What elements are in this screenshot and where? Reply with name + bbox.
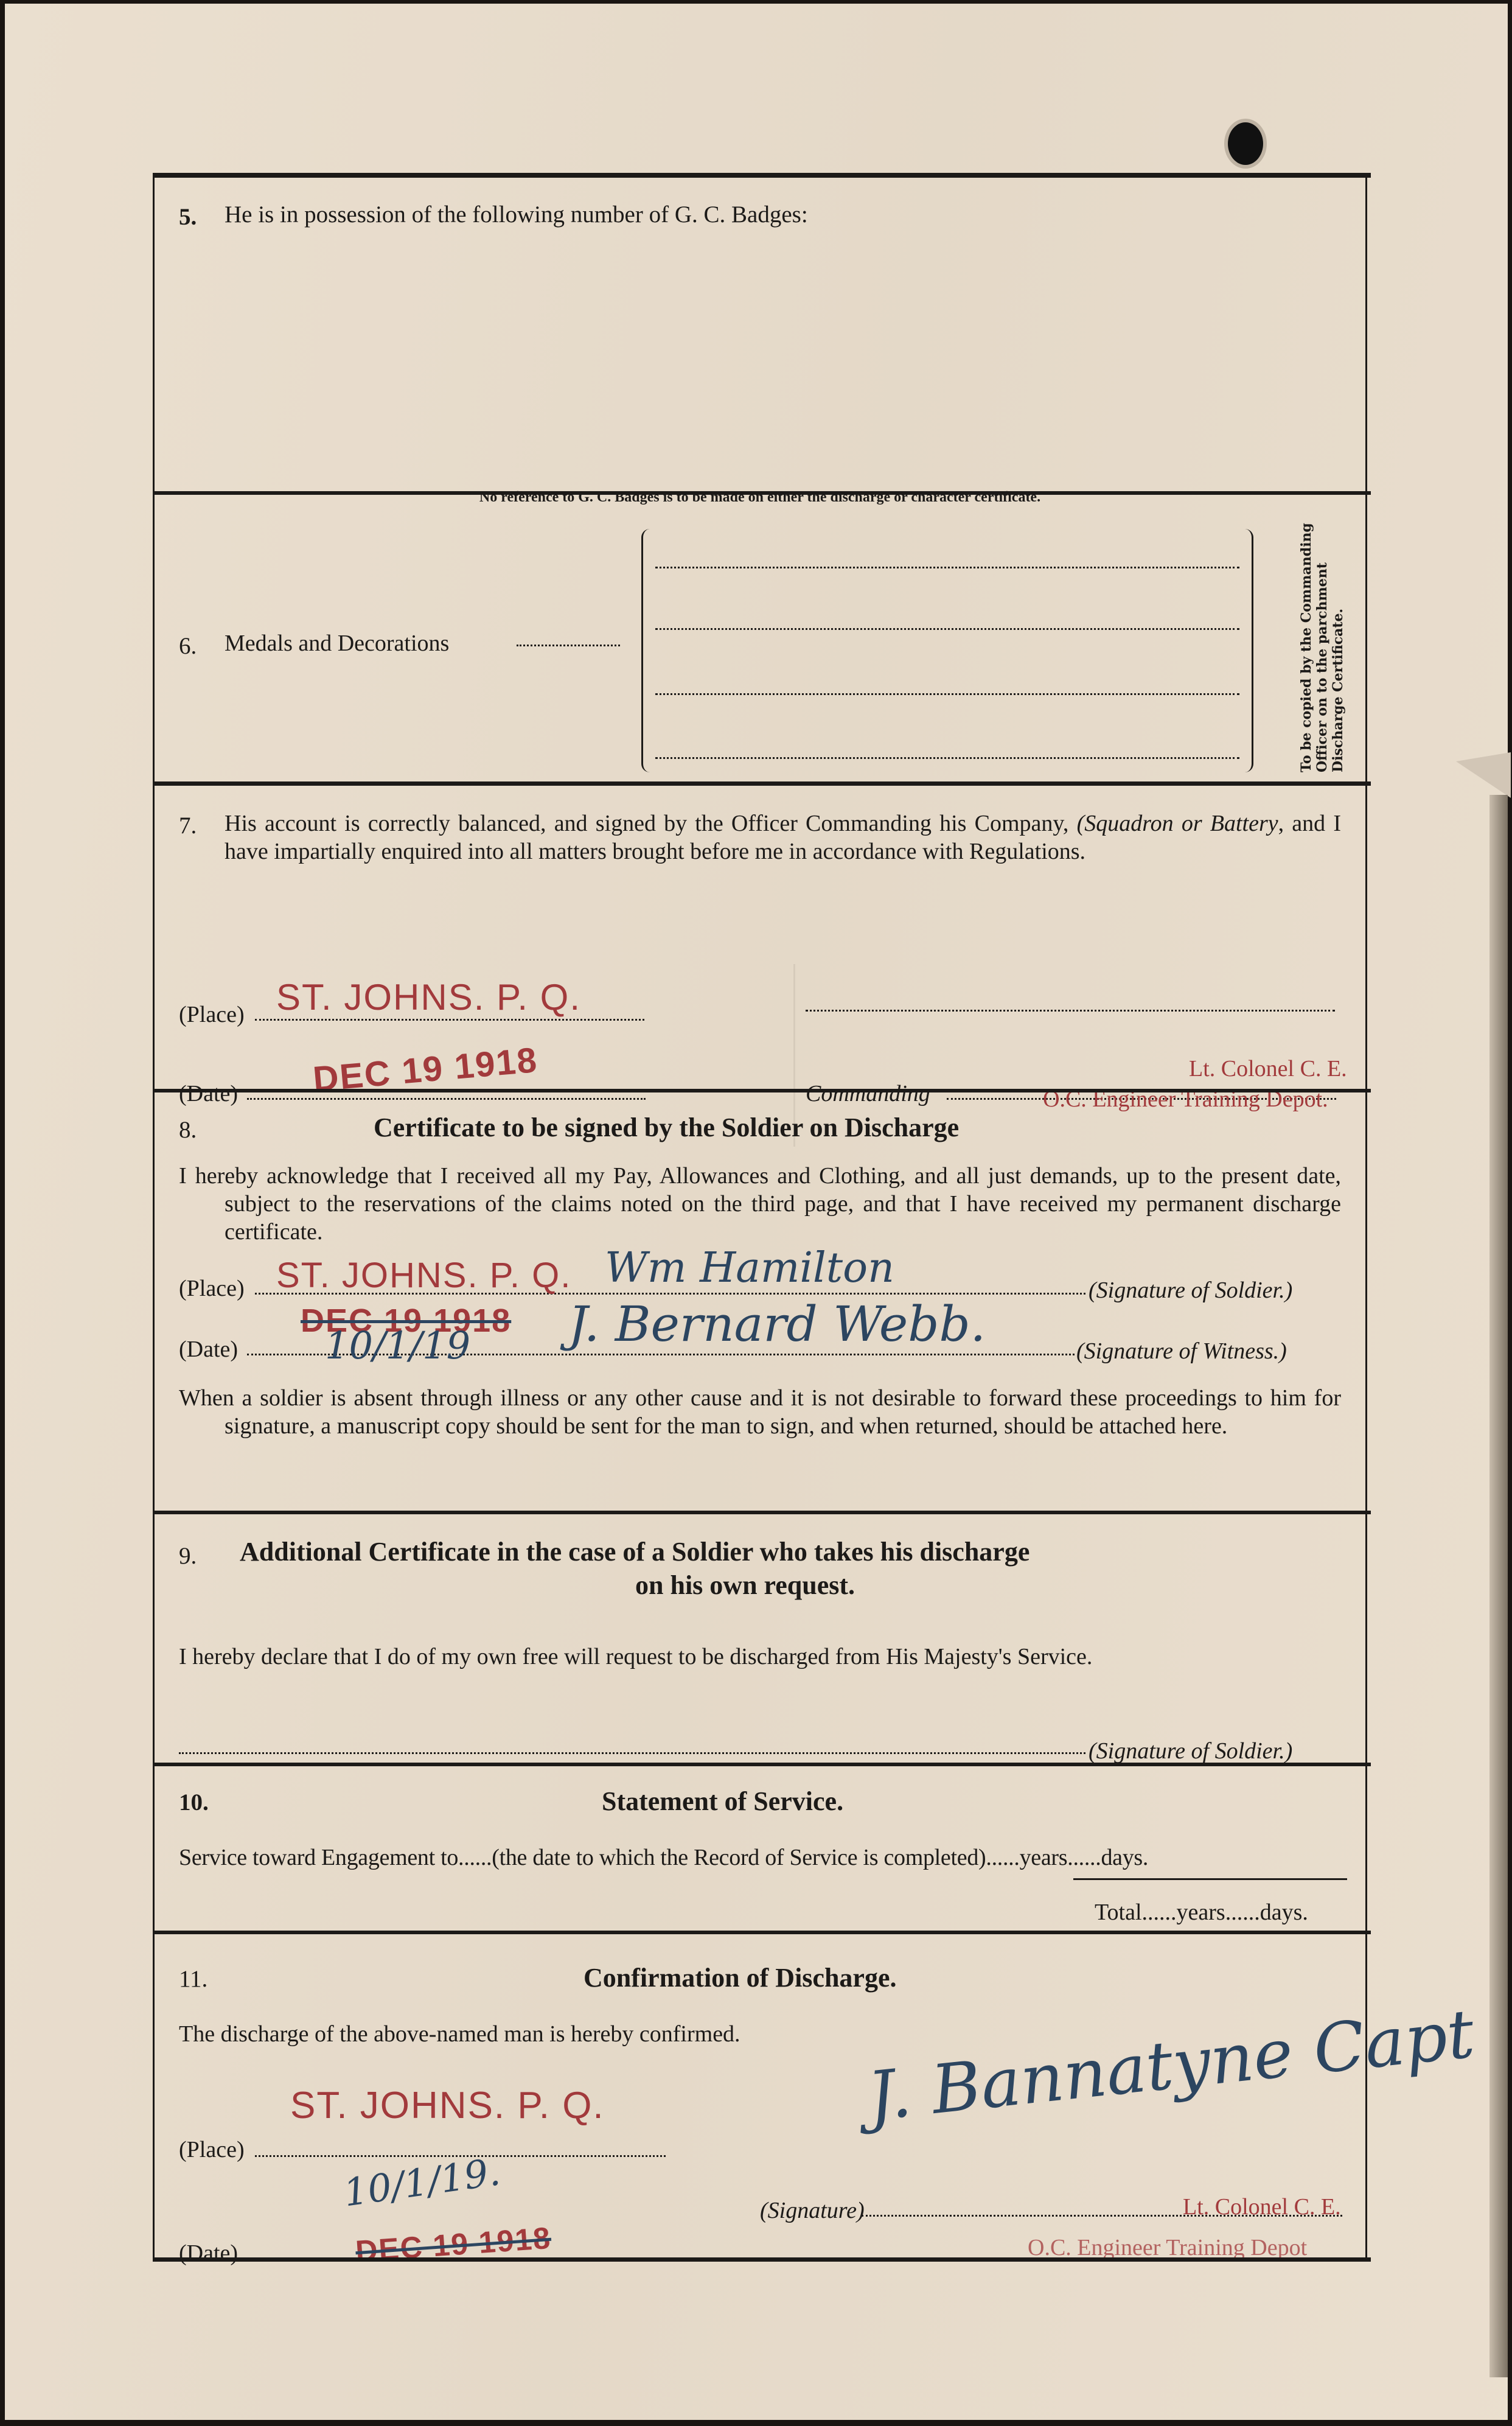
- confirmation-text: The discharge of the above-named man is …: [179, 2020, 740, 2048]
- own-request-signature-label: (Signature of Soldier.): [1089, 1737, 1292, 1765]
- confirming-signature: J. Bannatyne Capt: [864, 1994, 1478, 2136]
- place-label: (Place): [179, 1001, 245, 1029]
- medals-label: Medals and Decorations: [225, 629, 449, 657]
- date-label: (Date): [179, 1335, 238, 1363]
- rank-stamp: Lt. Colonel C. E.: [1183, 2194, 1341, 2220]
- absent-soldier-note: When a soldier is absent through illness…: [179, 1384, 1341, 1440]
- place-stamp: ST. JOHNS. P. Q.: [276, 1255, 571, 1296]
- date-stamp-struck: DEC 19 1918: [354, 2220, 552, 2269]
- date-label: (Date): [179, 2239, 238, 2267]
- punch-hole: [1228, 122, 1263, 165]
- officer-signature-field[interactable]: [806, 1010, 1335, 1012]
- acknowledgement-text: I hereby acknowledge that I received all…: [179, 1162, 1341, 1246]
- account-statement: His account is correctly balanced, and s…: [225, 809, 1341, 865]
- place-stamp: ST. JOHNS. P. Q.: [290, 2084, 605, 2127]
- gc-badges-text: He is in possession of the following num…: [225, 200, 808, 230]
- discharge-form: 5. He is in possession of the following …: [153, 173, 1367, 2262]
- section-number: 11.: [179, 1965, 207, 1993]
- own-request-title-1: Additional Certificate in the case of a …: [240, 1536, 1029, 1567]
- section-9: 9. Additional Certificate in the case of…: [179, 1536, 1341, 1780]
- medals-line-1[interactable]: [655, 567, 1239, 568]
- medals-line-3[interactable]: [655, 693, 1239, 695]
- medals-entry-box: [641, 529, 1253, 772]
- rule-bottom: [153, 2257, 1371, 2262]
- own-request-title-2: on his own request.: [635, 1570, 855, 1601]
- section-number: 6.: [179, 632, 197, 660]
- page-edge-shadow: [1489, 795, 1508, 2377]
- date-handwritten: 10/1/19: [325, 1323, 470, 1368]
- witness-signature: J. Bernard Webb.: [568, 1296, 986, 1352]
- rule-10-11: [153, 1931, 1371, 1934]
- place-label: (Place): [179, 1274, 245, 1302]
- section-7: 7. His account is correctly balanced, an…: [179, 812, 1341, 1092]
- rule-8-9: [153, 1511, 1371, 1514]
- soldier-signature-label: (Signature of Soldier.): [1089, 1276, 1292, 1304]
- rule-6-7: [153, 781, 1371, 786]
- own-request-declaration: I hereby declare that I do of my own fre…: [179, 1643, 1092, 1671]
- date-handwritten: 10/1/19.: [341, 2149, 503, 2215]
- medals-line-4[interactable]: [655, 757, 1239, 759]
- section-5: 5. He is in possession of the following …: [179, 203, 1341, 459]
- statement-of-service-title: Statement of Service.: [602, 1786, 843, 1817]
- place-label: (Place): [179, 2136, 245, 2164]
- section-6: 6. Medals and Decorations To be copied b…: [179, 495, 1341, 775]
- rank-stamp: Lt. Colonel C. E.: [1189, 1055, 1347, 1082]
- confirmation-title: Confirmation of Discharge.: [584, 1962, 897, 1993]
- rule-7-8: [153, 1089, 1371, 1092]
- section-number: 10.: [179, 1789, 209, 1816]
- soldier-signature: Wm Hamilton: [605, 1244, 894, 1292]
- own-request-signature-field[interactable]: [179, 1752, 1085, 1754]
- rule-top: [153, 173, 1371, 178]
- folded-corner: [1456, 752, 1511, 798]
- signature-label: (Signature): [760, 2197, 865, 2225]
- service-toward-engagement[interactable]: Service toward Engagement to......(the d…: [179, 1844, 1148, 1872]
- medals-leader-dots: [517, 645, 620, 646]
- parchment-copy-note: To be copied by the Commanding Officer o…: [1298, 511, 1378, 772]
- section-11: 11. Confirmation of Discharge. The disch…: [179, 1953, 1341, 2257]
- medals-line-2[interactable]: [655, 628, 1239, 630]
- total-underline: [1073, 1878, 1347, 1880]
- commanding-label: Commanding: [806, 1080, 930, 1108]
- date-label: (Date): [179, 1080, 238, 1108]
- section-10: 10. Statement of Service. Service toward…: [179, 1786, 1341, 1950]
- section-8: 8. Certificate to be signed by the Soldi…: [179, 1113, 1341, 1515]
- section-number: 8.: [179, 1116, 197, 1144]
- section-number: 7.: [179, 812, 197, 839]
- soldier-certificate-title: Certificate to be signed by the Soldier …: [374, 1112, 959, 1143]
- rule-9-10: [153, 1763, 1371, 1766]
- witness-signature-label: (Signature of Witness.): [1076, 1337, 1287, 1365]
- rule-5-6: [153, 491, 1371, 495]
- section-number: 9.: [179, 1542, 197, 1570]
- date-field[interactable]: [247, 1098, 646, 1100]
- document-page: 5. He is in possession of the following …: [5, 4, 1508, 2420]
- place-stamp: ST. JOHNS. P. Q.: [276, 976, 581, 1018]
- service-total[interactable]: Total......years......days.: [1095, 1898, 1308, 1926]
- place-field[interactable]: [255, 1019, 644, 1021]
- section-number: 5.: [179, 203, 197, 231]
